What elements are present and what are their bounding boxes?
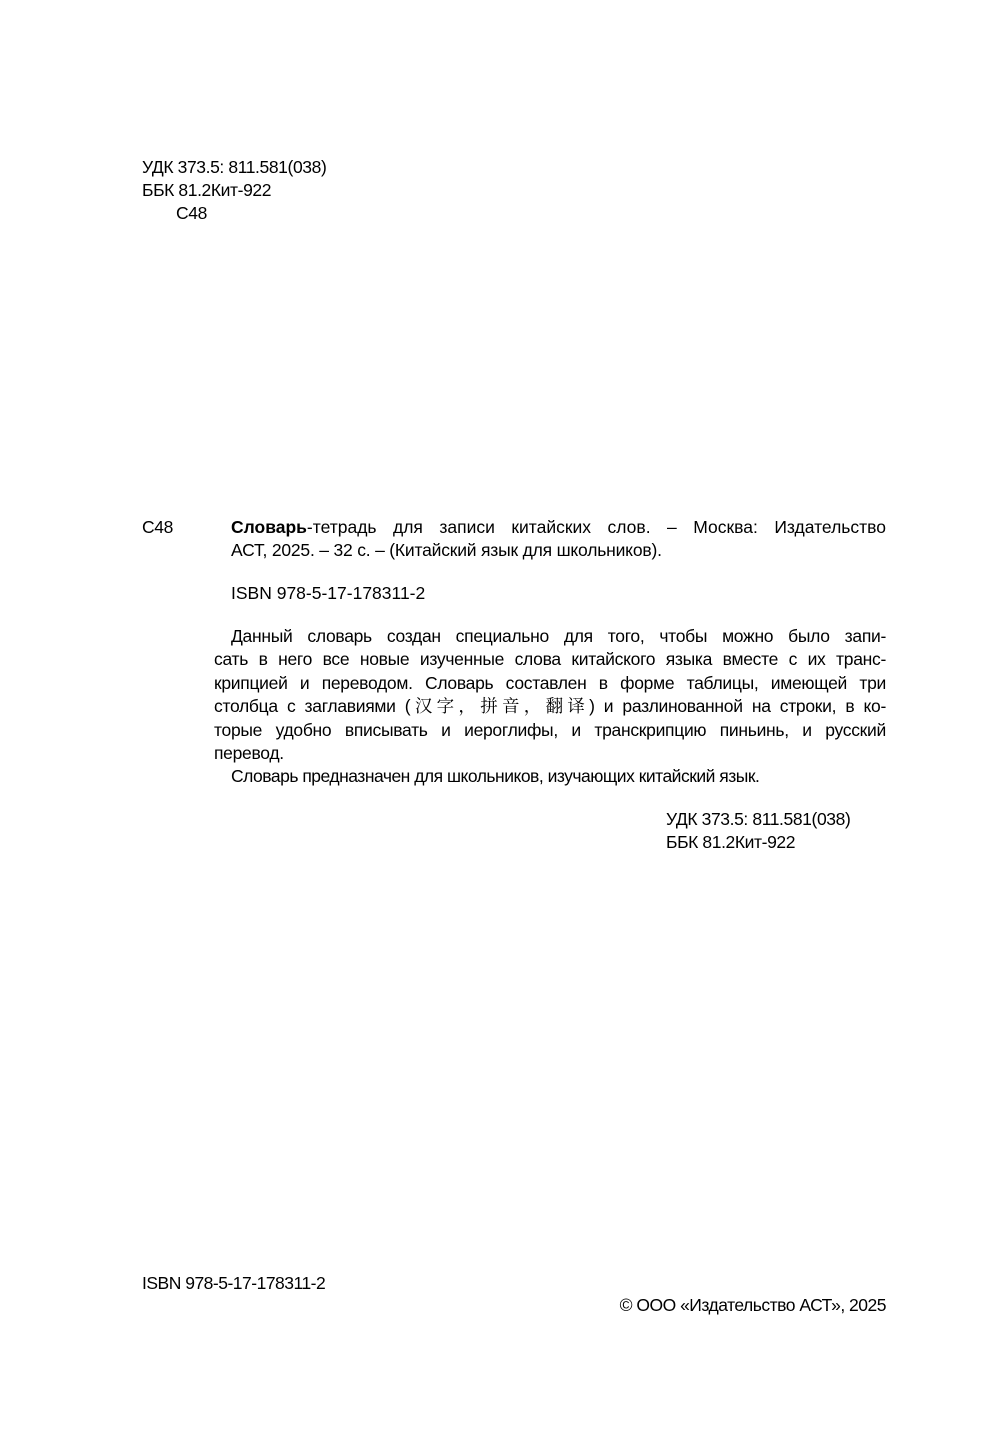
annotation-line: перевод.	[214, 742, 886, 765]
card-title-rest: -тетрадь для записи китайских слов. – Мо…	[307, 517, 886, 537]
annotation-line: торые удобно вписывать и иероглифы, и тр…	[214, 719, 886, 742]
annotation-line: столбца с заглавиями (汉字，拼音，翻译) и разлин…	[214, 695, 886, 718]
annotation-line: сать в него все новые изученные слова ки…	[214, 648, 886, 671]
header-udk: УДК 373.5: 811.581(038)	[142, 156, 326, 178]
card-title-line: Словарь-тетрадь для записи китайских сло…	[231, 516, 886, 539]
footer-isbn: ISBN 978-5-17-178311-2	[142, 1272, 325, 1294]
annotation-line: крипцией и переводом. Словарь составлен …	[214, 672, 886, 695]
header-author-code: С48	[176, 202, 207, 224]
annotation-purpose: Словарь предназначен для школьников, изу…	[231, 765, 759, 787]
classification-udk: УДК 373.5: 811.581(038)	[666, 808, 850, 830]
annotation: Данный словарь создан специально для тог…	[214, 625, 886, 765]
catalog-card-description: Словарь-тетрадь для записи китайских сло…	[231, 516, 886, 562]
card-author-code: С48	[142, 516, 173, 538]
card-title-bold: Словарь	[231, 517, 307, 537]
copyright-notice: © ООО «Издательство АСТ», 2025	[620, 1294, 886, 1316]
header-bbk: ББК 81.2Кит-922	[142, 179, 271, 201]
classification-bbk: ББК 81.2Кит-922	[666, 831, 795, 853]
annotation-line: Данный словарь создан специально для тог…	[214, 625, 886, 648]
card-isbn: ISBN 978-5-17-178311-2	[231, 582, 425, 604]
card-publication-line: АСТ, 2025. – 32 с. – (Китайский язык для…	[231, 539, 886, 562]
